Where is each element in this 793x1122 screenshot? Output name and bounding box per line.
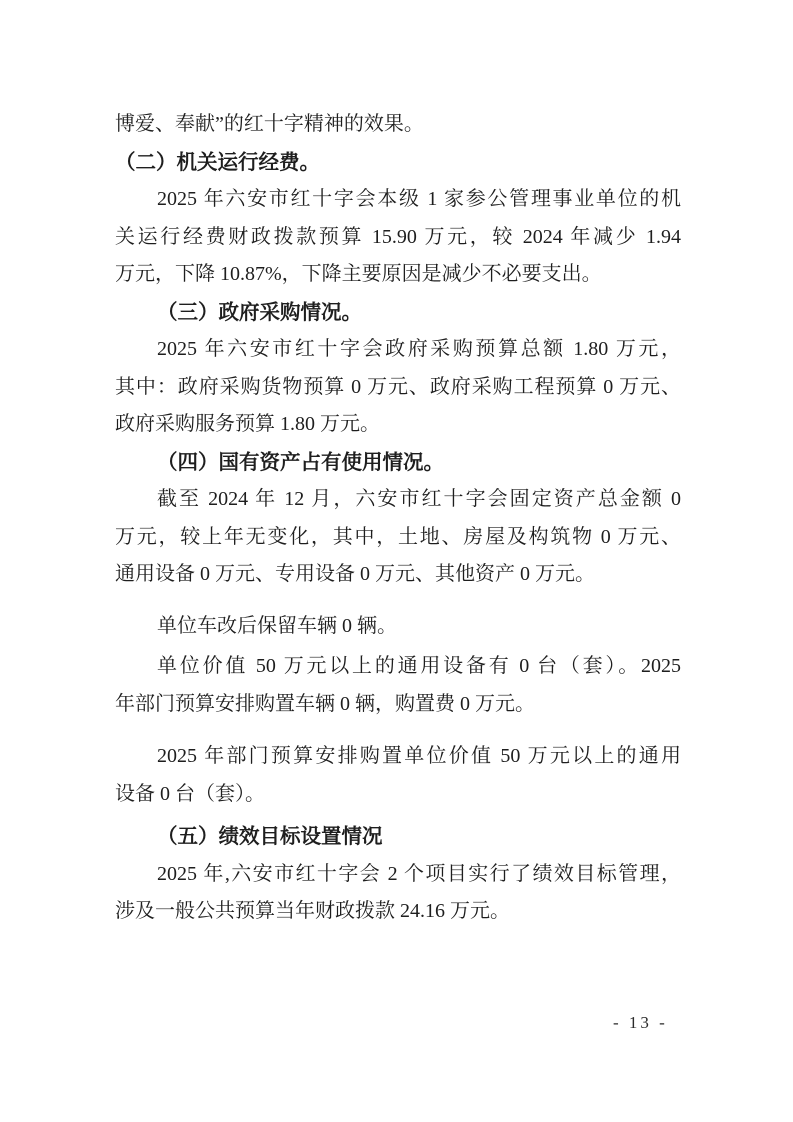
text-line: 博爱、奉献”的红十字精神的效果。	[115, 106, 681, 144]
document-body: 博爱、奉献”的红十字精神的效果。（二）机关运行经费。2025 年六安市红十字会本…	[115, 106, 681, 931]
paragraph: 2025 年六安市红十字会本级 1 家参公管理事业单位的机关运行经费财政拨款预算…	[115, 181, 681, 294]
text-line: 政府采购服务预算 1.80 万元。	[115, 406, 681, 444]
paragraph: （二）机关运行经费。	[115, 144, 681, 182]
text-line: 通用设备 0 万元、专用设备 0 万元、其他资产 0 万元。	[115, 556, 681, 594]
text-line: 单位车改后保留车辆 0 辆。	[115, 608, 681, 646]
text-line: 设备 0 台（套）。	[115, 776, 681, 814]
text-line: 涉及一般公共预算当年财政拨款 24.16 万元。	[115, 893, 681, 931]
document-page: 博爱、奉献”的红十字精神的效果。（二）机关运行经费。2025 年六安市红十字会本…	[0, 0, 793, 1122]
paragraph: 博爱、奉献”的红十字精神的效果。	[115, 106, 681, 144]
paragraph: 2025 年,六安市红十字会 2 个项目实行了绩效目标管理，涉及一般公共预算当年…	[115, 856, 681, 931]
paragraph: 截至 2024 年 12 月，六安市红十字会固定资产总金额 0万元，较上年无变化…	[115, 481, 681, 594]
text-line: 2025 年,六安市红十字会 2 个项目实行了绩效目标管理，	[115, 856, 681, 894]
paragraph: 单位价值 50 万元以上的通用设备有 0 台（套）。2025年部门预算安排购置车…	[115, 648, 681, 723]
paragraph: （三）政府采购情况。	[115, 294, 681, 332]
text-line: 关运行经费财政拨款预算 15.90 万元，较 2024 年减少 1.94	[115, 219, 681, 257]
paragraph: 2025 年六安市红十字会政府采购预算总额 1.80 万元，其中：政府采购货物预…	[115, 331, 681, 444]
text-line: 万元，下降 10.87%，下降主要原因是减少不必要支出。	[115, 256, 681, 294]
text-line: 单位价值 50 万元以上的通用设备有 0 台（套）。2025	[115, 648, 681, 686]
text-line: （三）政府采购情况。	[115, 294, 681, 332]
text-line: （四）国有资产占有使用情况。	[115, 444, 681, 482]
text-line: 2025 年六安市红十字会本级 1 家参公管理事业单位的机	[115, 181, 681, 219]
page-number: - 13 -	[613, 1013, 668, 1033]
paragraph: 单位车改后保留车辆 0 辆。	[115, 608, 681, 646]
text-line: 万元，较上年无变化，其中，土地、房屋及构筑物 0 万元、	[115, 519, 681, 557]
text-line: 截至 2024 年 12 月，六安市红十字会固定资产总金额 0	[115, 481, 681, 519]
text-line: 2025 年六安市红十字会政府采购预算总额 1.80 万元，	[115, 331, 681, 369]
text-line: （二）机关运行经费。	[115, 144, 681, 182]
text-line: 其中：政府采购货物预算 0 万元、政府采购工程预算 0 万元、	[115, 369, 681, 407]
paragraph: （四）国有资产占有使用情况。	[115, 444, 681, 482]
text-line: （五）绩效目标设置情况	[115, 818, 681, 856]
paragraph: 2025 年部门预算安排购置单位价值 50 万元以上的通用设备 0 台（套）。	[115, 738, 681, 813]
text-line: 2025 年部门预算安排购置单位价值 50 万元以上的通用	[115, 738, 681, 776]
paragraph: （五）绩效目标设置情况	[115, 818, 681, 856]
text-line: 年部门预算安排购置车辆 0 辆，购置费 0 万元。	[115, 686, 681, 724]
